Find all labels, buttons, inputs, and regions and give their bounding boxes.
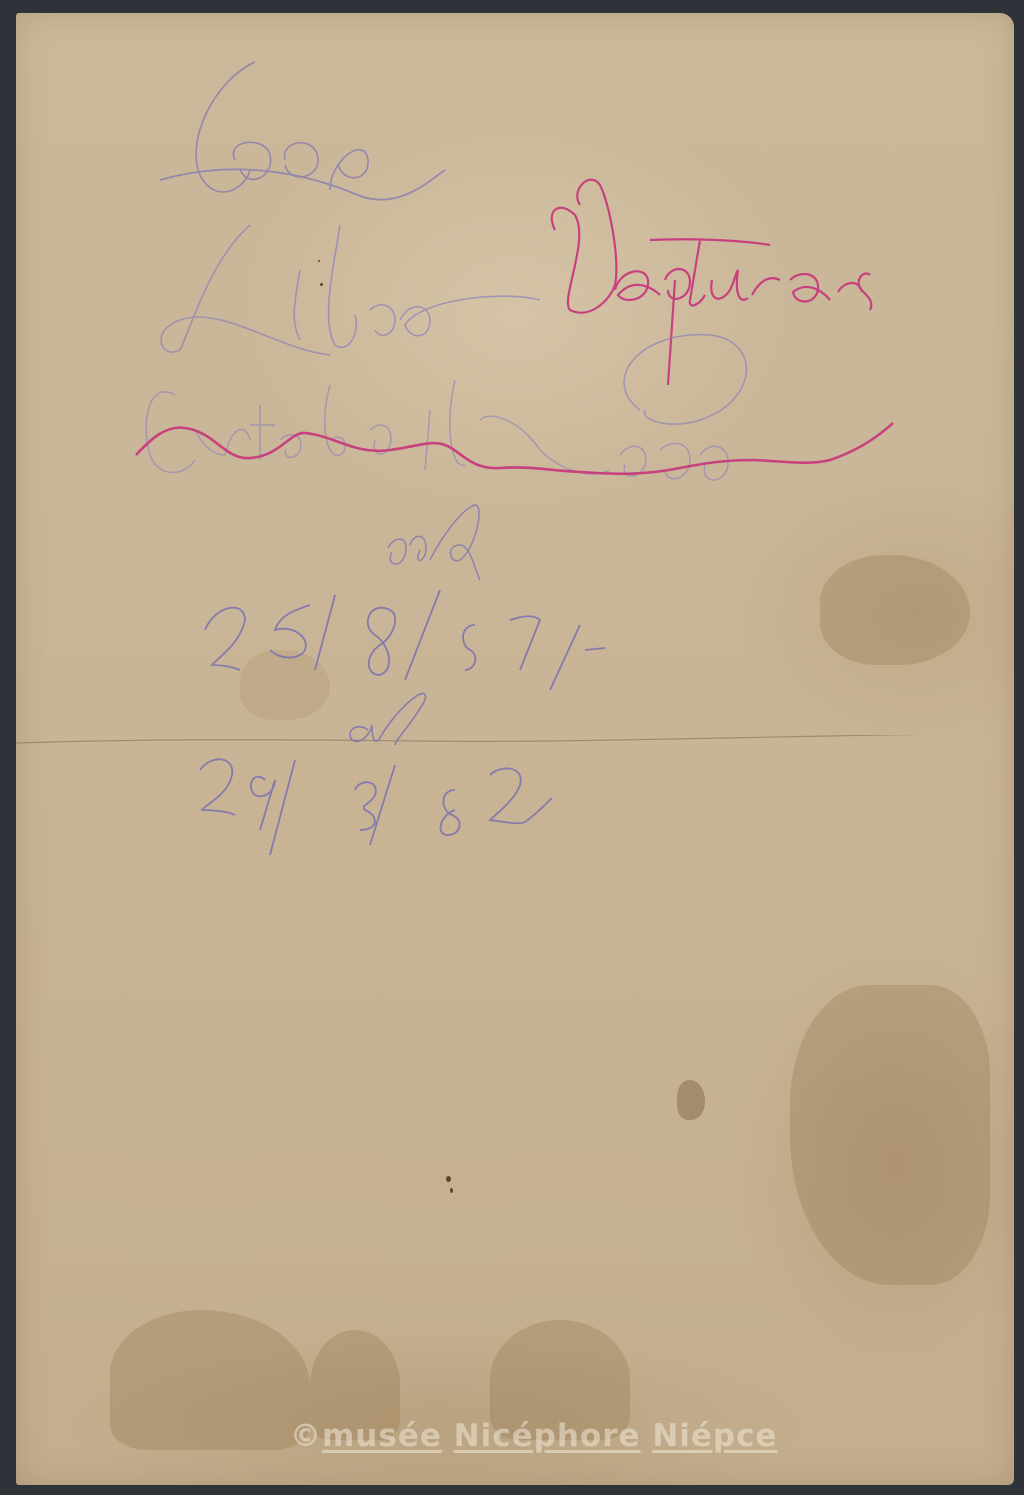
water-stain bbox=[790, 985, 990, 1285]
watermark-word-niepce: Niépce bbox=[652, 1418, 777, 1454]
watermark-word-musee: musée bbox=[322, 1418, 442, 1454]
scanned-document-viewer: Cop Libro Capturas Entrada de Presos del… bbox=[0, 0, 1024, 1495]
handwriting-transcription: Cop Libro Capturas Entrada de Presos del… bbox=[0, 0, 1, 1]
copyright-symbol: © bbox=[290, 1418, 322, 1454]
water-stain bbox=[677, 1080, 705, 1120]
fold-crease bbox=[16, 735, 1014, 765]
struck-heading: Cop bbox=[0, 0, 1, 1]
water-stain bbox=[820, 555, 970, 665]
ink-speck bbox=[320, 283, 323, 286]
ink-speck bbox=[450, 1188, 453, 1193]
ink-speck bbox=[318, 260, 320, 262]
museum-watermark: ©musée Nicéphore Niépce bbox=[290, 1418, 778, 1454]
watermark-word-nicephore: Nicéphore bbox=[454, 1418, 641, 1454]
water-stain bbox=[240, 650, 330, 720]
ink-speck bbox=[446, 1176, 451, 1182]
